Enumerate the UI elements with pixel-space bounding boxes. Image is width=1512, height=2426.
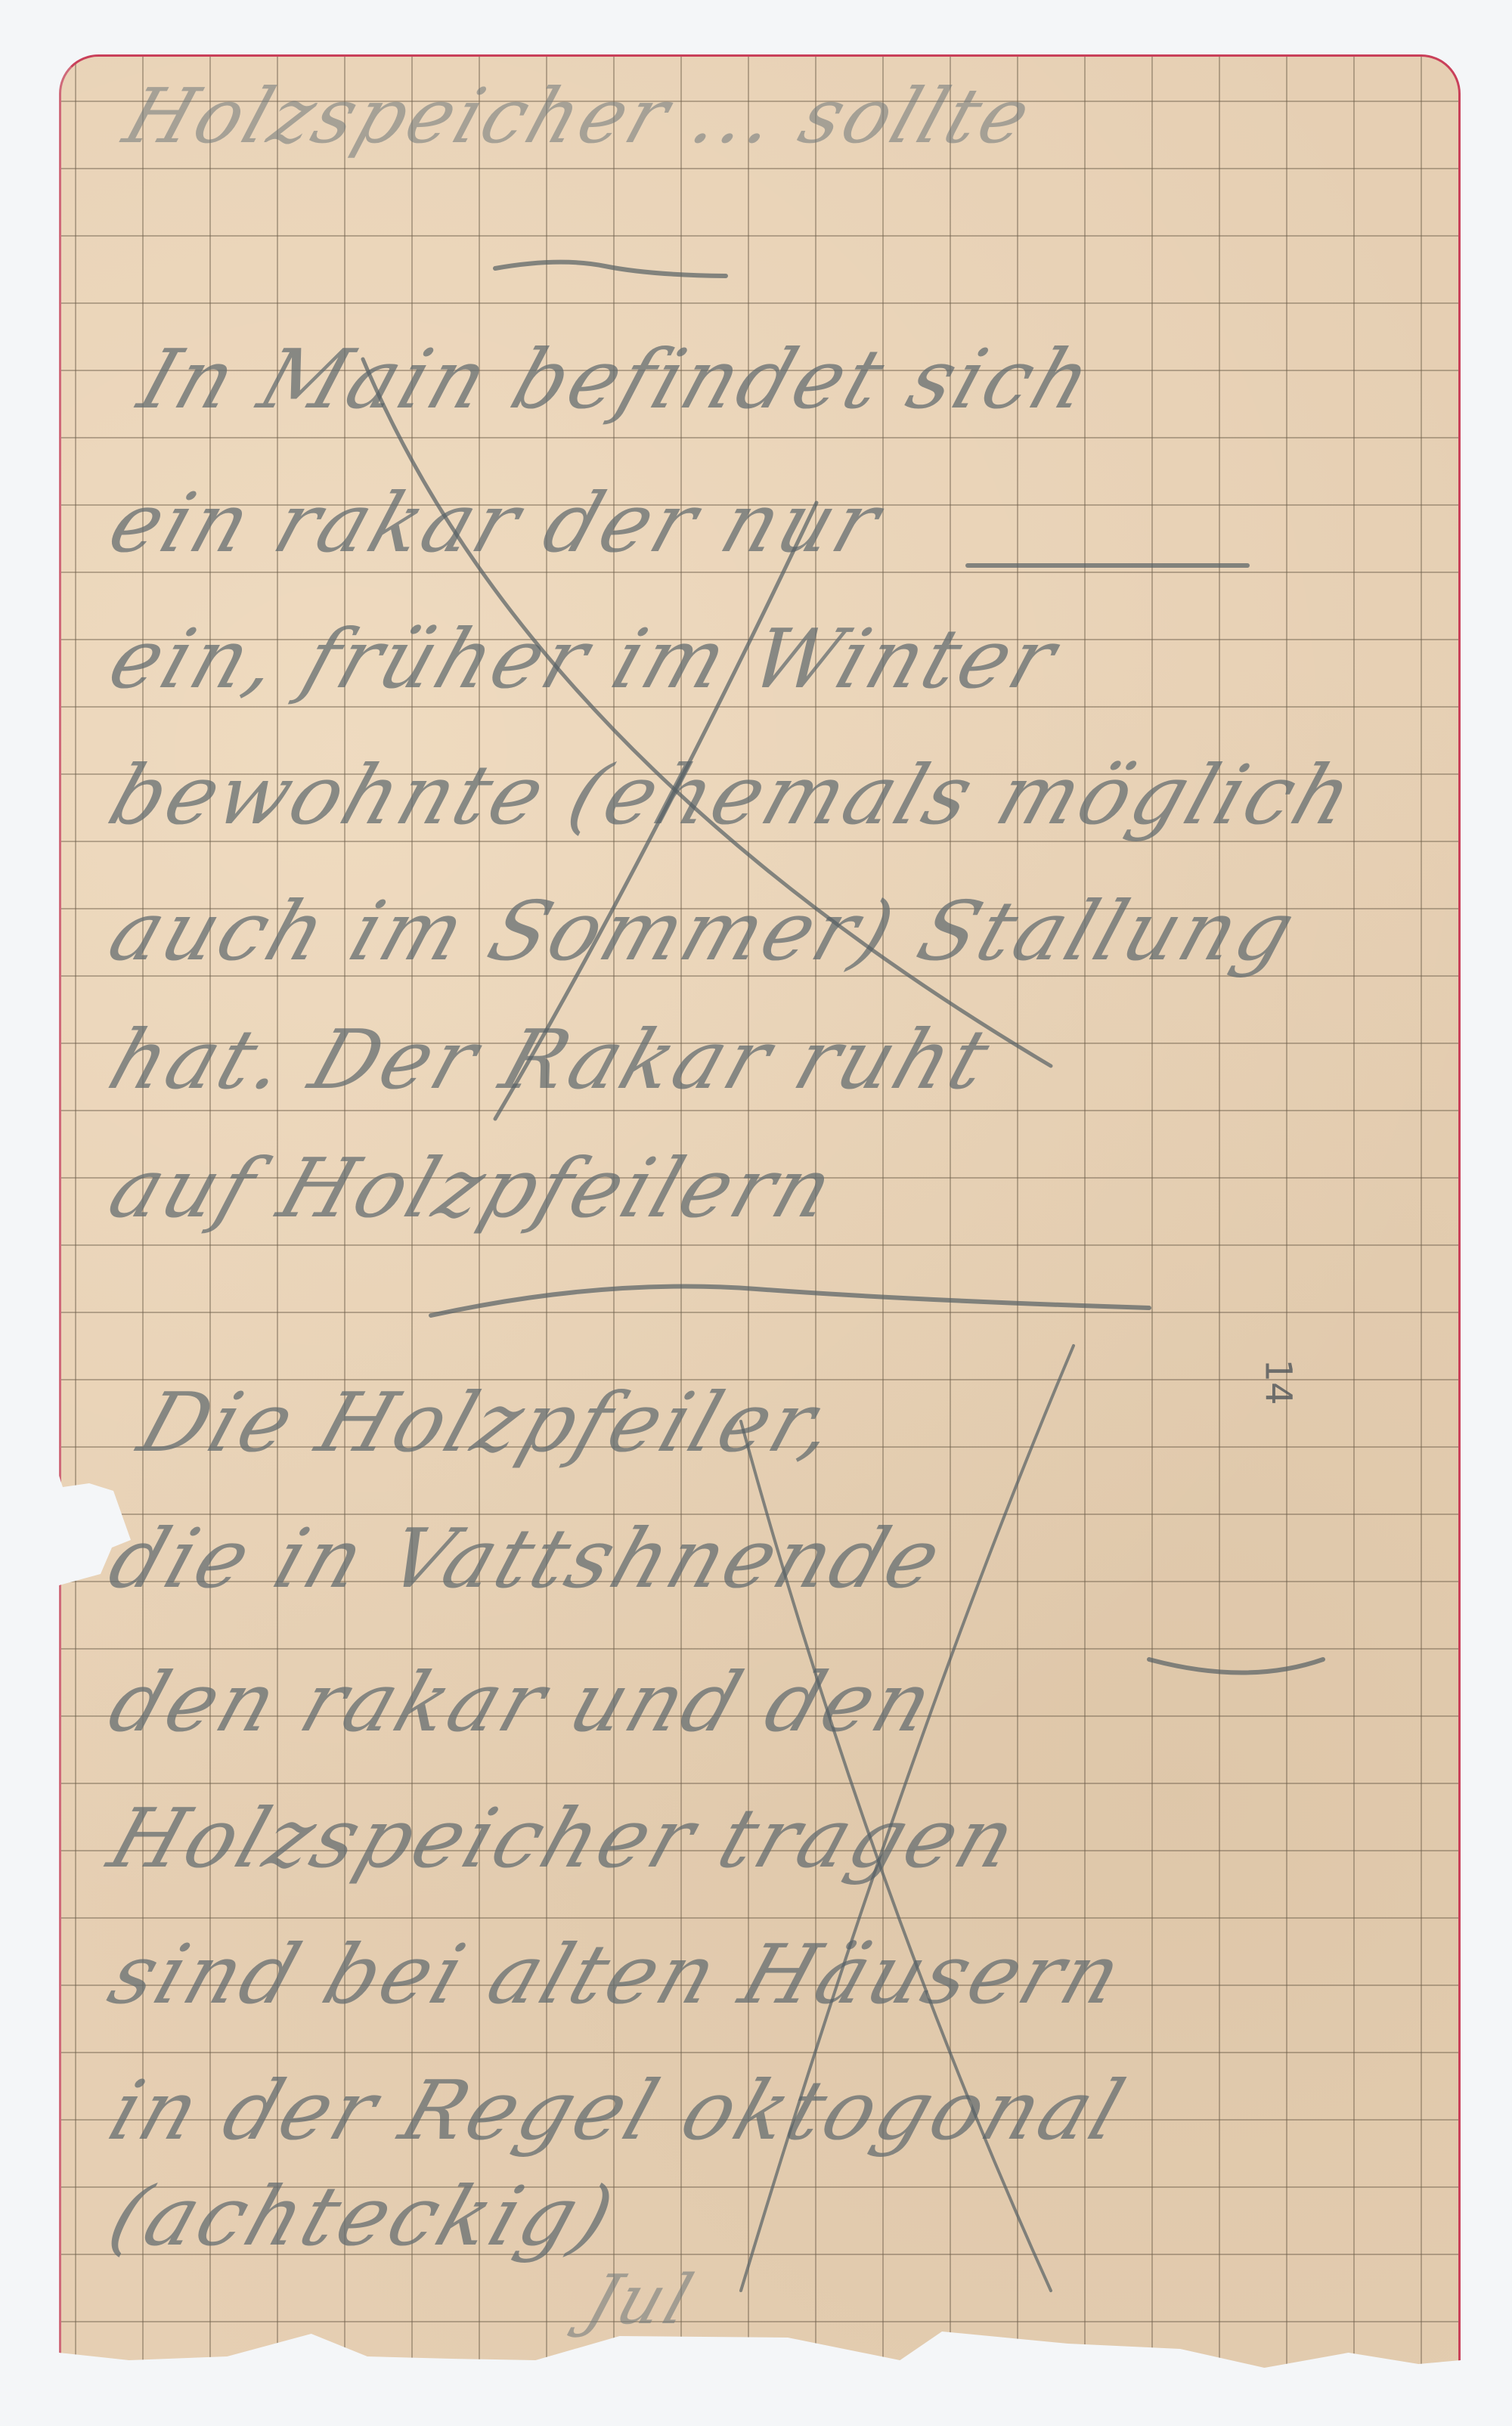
p2-line-4: Holzspeicher tragen [98,1792,1030,1886]
margin-page-number: 14 [1257,1359,1300,1405]
p1-line-7: auf Holzpfeilern [98,1142,847,1236]
p1-line-4: bewohnte (ehemals möglich [98,748,1367,843]
heading-left: Holzspeicher ... sollte [114,72,1044,160]
p1-line-2: ein rakar der nur [98,476,894,571]
p1-line-5: auch im Sommer) Stallung [98,885,1309,979]
p1-line-1: In Main befindet sich [129,333,1105,427]
p2-line-1: Die Holzpfeiler, [129,1376,850,1470]
p2-line-3: den rakar und den [98,1656,947,1750]
p1-line-6: hat. Der Rakar ruht [98,1013,1003,1108]
p1-line-3: ein, früher im Winter [98,612,1070,707]
p2-line-5: sind bei alten Häusern [98,1928,1136,2022]
p2-line-2: die in Vattshnende [98,1512,955,1606]
p2-line-6: in der Regel oktogonal [98,2064,1138,2158]
p2-line-7: (achteckig) [98,2170,627,2264]
